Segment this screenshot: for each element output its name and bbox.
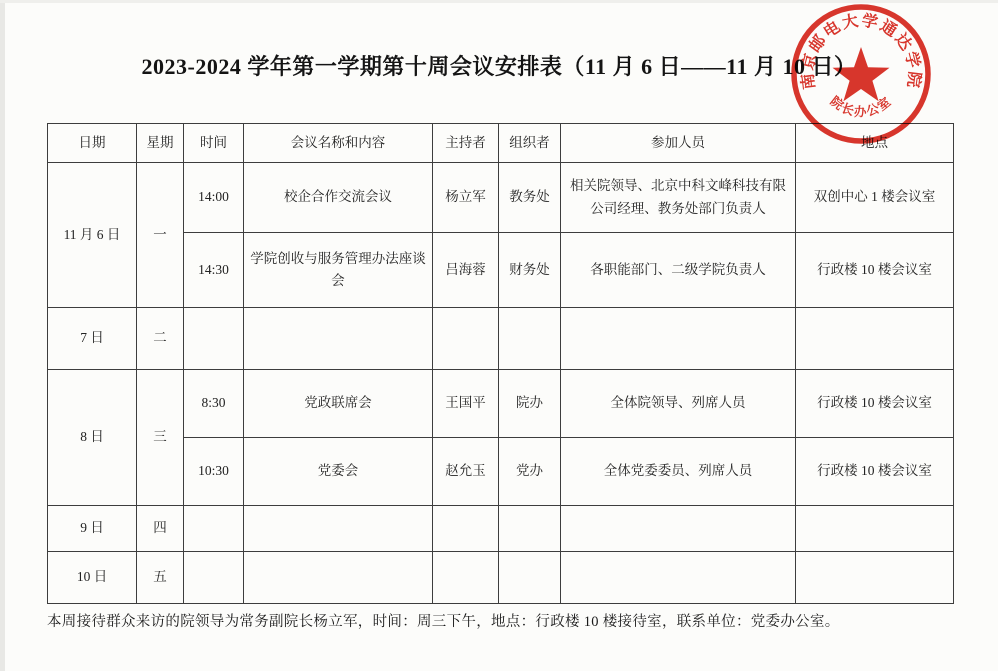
footer-note: 本周接待群众来访的院领导为常务副院长杨立军，时间：周三下午，地点：行政楼 10 … bbox=[47, 610, 957, 631]
cell-participants bbox=[561, 552, 796, 604]
cell-date: 11 月 6 日 bbox=[48, 163, 137, 308]
cell-location bbox=[796, 506, 954, 552]
cell-date: 10 日 bbox=[48, 552, 137, 604]
col-header-weekday: 星期 bbox=[137, 124, 184, 163]
cell-organizer bbox=[499, 552, 561, 604]
table-row: 10:30 党委会 赵允玉 党办 全体党委委员、列席人员 行政楼 10 楼会议室 bbox=[48, 438, 954, 506]
table-row: 7 日 二 bbox=[48, 308, 954, 370]
cell-organizer bbox=[499, 506, 561, 552]
cell-location: 行政楼 10 楼会议室 bbox=[796, 233, 954, 308]
cell-host: 王国平 bbox=[433, 370, 499, 438]
cell-participants: 全体院领导、列席人员 bbox=[561, 370, 796, 438]
meeting-schedule-table: 日期 星期 时间 会议名称和内容 主持者 组织者 参加人员 地点 11 月 6 … bbox=[47, 123, 954, 604]
col-header-meeting-name: 会议名称和内容 bbox=[244, 124, 433, 163]
cell-participants bbox=[561, 308, 796, 370]
cell-participants: 各职能部门、二级学院负责人 bbox=[561, 233, 796, 308]
table-row: 14:30 学院创收与服务管理办法座谈会 吕海蓉 财务处 各职能部门、二级学院负… bbox=[48, 233, 954, 308]
cell-weekday: 四 bbox=[137, 506, 184, 552]
cell-meeting-name: 党政联席会 bbox=[244, 370, 433, 438]
cell-time: 8:30 bbox=[184, 370, 244, 438]
cell-location bbox=[796, 552, 954, 604]
cell-meeting-name bbox=[244, 308, 433, 370]
cell-meeting-name bbox=[244, 552, 433, 604]
cell-organizer bbox=[499, 308, 561, 370]
cell-time bbox=[184, 506, 244, 552]
cell-meeting-name: 学院创收与服务管理办法座谈会 bbox=[244, 233, 433, 308]
cell-weekday: 一 bbox=[137, 163, 184, 308]
cell-participants bbox=[561, 506, 796, 552]
cell-location: 行政楼 10 楼会议室 bbox=[796, 370, 954, 438]
table-row: 8 日 三 8:30 党政联席会 王国平 院办 全体院领导、列席人员 行政楼 1… bbox=[48, 370, 954, 438]
cell-location: 双创中心 1 楼会议室 bbox=[796, 163, 954, 233]
cell-participants: 相关院领导、北京中科文峰科技有限公司经理、教务处部门负责人 bbox=[561, 163, 796, 233]
svg-text:院长办公室: 院长办公室 bbox=[828, 93, 895, 119]
official-seal-stamp: 南京邮电大学通达学院 院长办公室 bbox=[786, 0, 936, 148]
col-header-date: 日期 bbox=[48, 124, 137, 163]
table-row: 10 日 五 bbox=[48, 552, 954, 604]
cell-date: 9 日 bbox=[48, 506, 137, 552]
cell-weekday: 三 bbox=[137, 370, 184, 506]
cell-host bbox=[433, 506, 499, 552]
cell-host: 赵允玉 bbox=[433, 438, 499, 506]
cell-location bbox=[796, 308, 954, 370]
cell-meeting-name bbox=[244, 506, 433, 552]
cell-time: 14:30 bbox=[184, 233, 244, 308]
col-header-time: 时间 bbox=[184, 124, 244, 163]
cell-date: 8 日 bbox=[48, 370, 137, 506]
col-header-organizer: 组织者 bbox=[499, 124, 561, 163]
cell-host bbox=[433, 308, 499, 370]
cell-organizer: 院办 bbox=[499, 370, 561, 438]
cell-date: 7 日 bbox=[48, 308, 137, 370]
cell-time bbox=[184, 308, 244, 370]
stamp-office-text: 院长办公室 bbox=[828, 93, 895, 119]
scan-edge-artifact bbox=[0, 0, 5, 671]
col-header-host: 主持者 bbox=[433, 124, 499, 163]
table-row: 9 日 四 bbox=[48, 506, 954, 552]
cell-meeting-name: 校企合作交流会议 bbox=[244, 163, 433, 233]
col-header-participants: 参加人员 bbox=[561, 124, 796, 163]
cell-host bbox=[433, 552, 499, 604]
cell-participants: 全体党委委员、列席人员 bbox=[561, 438, 796, 506]
cell-location: 行政楼 10 楼会议室 bbox=[796, 438, 954, 506]
cell-host: 杨立军 bbox=[433, 163, 499, 233]
cell-weekday: 二 bbox=[137, 308, 184, 370]
table-row: 11 月 6 日 一 14:00 校企合作交流会议 杨立军 教务处 相关院领导、… bbox=[48, 163, 954, 233]
cell-meeting-name: 党委会 bbox=[244, 438, 433, 506]
cell-weekday: 五 bbox=[137, 552, 184, 604]
cell-time bbox=[184, 552, 244, 604]
cell-time: 10:30 bbox=[184, 438, 244, 506]
cell-host: 吕海蓉 bbox=[433, 233, 499, 308]
stamp-star-icon bbox=[833, 47, 890, 101]
cell-time: 14:00 bbox=[184, 163, 244, 233]
cell-organizer: 党办 bbox=[499, 438, 561, 506]
cell-organizer: 财务处 bbox=[499, 233, 561, 308]
cell-organizer: 教务处 bbox=[499, 163, 561, 233]
